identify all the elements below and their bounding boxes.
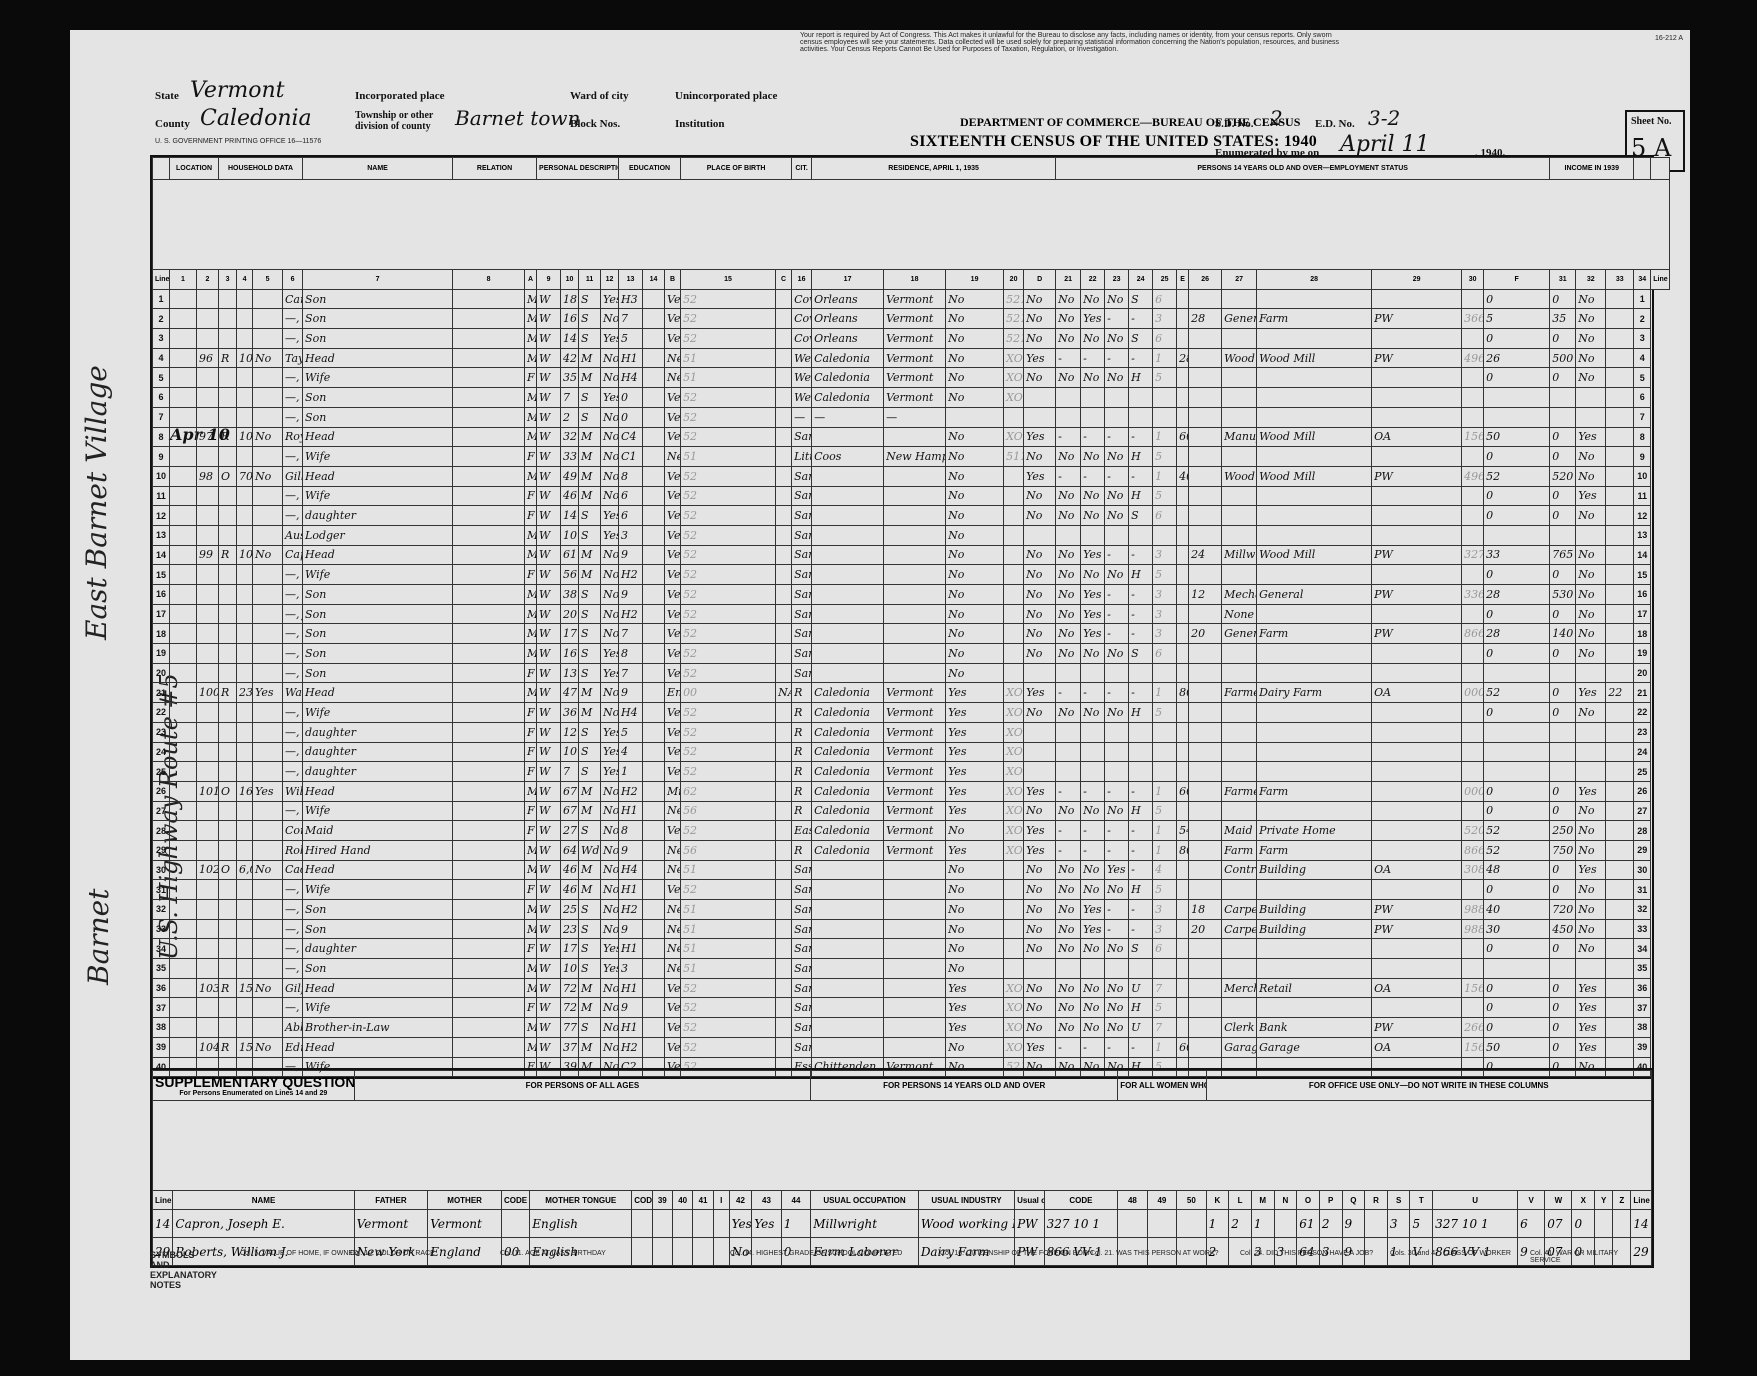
cell-c24: - — [1105, 919, 1129, 939]
cell-city: Sameplace — [792, 978, 812, 998]
cell-state: Vermont — [884, 329, 946, 349]
cell-birth: Vermont — [665, 407, 681, 427]
cell-e: 5 — [1153, 368, 1177, 388]
cell-c22: No — [1056, 309, 1081, 329]
cell-birth: Vermont — [665, 1037, 681, 1057]
supplementary-column-header: K — [1206, 1191, 1229, 1210]
cell-race: W — [537, 525, 561, 545]
cell-rel: Son — [303, 644, 453, 664]
cell-c22: - — [1056, 1037, 1081, 1057]
cell-city: Samehouse — [792, 919, 812, 939]
supplementary-column-header: 39 — [652, 1191, 672, 1210]
cell-city: Samehouse — [792, 959, 812, 979]
cell-codef — [1462, 742, 1484, 762]
cell-codef: 988 V9 1 — [1462, 900, 1484, 920]
cell-c26 — [1177, 368, 1189, 388]
cell-state: Vermont — [884, 703, 946, 723]
cell-c21 — [1024, 742, 1056, 762]
cell-street — [170, 781, 197, 801]
cell-own — [219, 604, 237, 624]
cell-line: 18 — [1634, 624, 1651, 644]
cell-val — [237, 289, 253, 309]
cell-c27 — [1189, 939, 1222, 959]
cell-occ — [1222, 506, 1257, 526]
cell-c21: No — [1024, 1018, 1056, 1038]
cell-county — [812, 880, 884, 900]
column-number: 32 — [1576, 270, 1606, 290]
cell-c23: - — [1081, 466, 1105, 486]
cell-c27: 28 — [1189, 309, 1222, 329]
cell-cit — [776, 466, 792, 486]
cell-val — [237, 939, 253, 959]
cell-farm — [253, 368, 283, 388]
cell-c23 — [1081, 742, 1105, 762]
township-label: Township or other division of county — [355, 110, 445, 132]
cell-line: 12 — [153, 506, 170, 526]
cell-sex: M — [525, 1037, 537, 1057]
cell-line: 27 — [153, 801, 170, 821]
cell-county: Caledonia — [812, 840, 884, 860]
cell-c25: - — [1129, 900, 1153, 920]
cell-age: 16 — [561, 309, 579, 329]
cell-c27: 20 — [1189, 624, 1222, 644]
cell-ind — [1257, 801, 1372, 821]
cell-farm35 — [946, 407, 1004, 427]
supplementary-column-row: Line No.NAMEFATHERMOTHERCODEMOTHER TONGU… — [153, 1191, 1652, 1210]
cell-e — [1153, 388, 1177, 408]
supp-cell-n — [1274, 1210, 1297, 1238]
cell-own — [219, 801, 237, 821]
table-row: 35—, FrederickSonMW10SYes3New Hampshire5… — [153, 959, 1670, 979]
cell-a — [453, 447, 525, 467]
cell-a — [453, 919, 525, 939]
cell-gr: 0 — [619, 407, 643, 427]
cell-c22: No — [1056, 978, 1081, 998]
cell-c: 52 — [681, 427, 776, 447]
cell-cls — [1372, 506, 1462, 526]
cell-codef: 327 10 1 — [1462, 545, 1484, 565]
cell-c34 — [1606, 506, 1634, 526]
cell-city: East Barnet — [792, 821, 812, 841]
cell-farm: No — [253, 348, 283, 368]
cell-occ: Clerk — [1222, 1018, 1257, 1038]
column-number: 10 — [561, 270, 579, 290]
cell-age: 72 — [561, 978, 579, 998]
cell-cls — [1372, 801, 1462, 821]
cell-cls: OA — [1372, 978, 1462, 998]
cell-line: 19 — [153, 644, 170, 664]
cell-c33: No — [1576, 840, 1606, 860]
cell-sch: No — [601, 407, 619, 427]
cell-sex: M — [525, 604, 537, 624]
cell-farm35: No — [946, 447, 1004, 467]
supplementary-column-header: 50 — [1177, 1191, 1206, 1210]
cell-sex: M — [525, 919, 537, 939]
cell-county: Caledonia — [812, 703, 884, 723]
cell-age: 10 — [561, 525, 579, 545]
cell-sex: F — [525, 565, 537, 585]
cell-hh: 96 — [197, 348, 219, 368]
supplementary-column-header: V — [1518, 1191, 1545, 1210]
cell-name: —, Frederick — [283, 959, 303, 979]
cell-c23 — [1081, 407, 1105, 427]
cell-race: W — [537, 565, 561, 585]
cell-c21: No — [1024, 978, 1056, 998]
cell-sch: No — [601, 486, 619, 506]
cell-own — [219, 998, 237, 1018]
supplementary-questions: SUPPLEMENTARY QUESTIONS For Persons Enum… — [150, 1068, 1654, 1268]
cell-c26 — [1177, 407, 1189, 427]
cell-city: West Barnet — [792, 348, 812, 368]
cell-sch: No — [601, 624, 619, 644]
note-col41: Col. 41. WAR OR MILITARY SERVICE — [1530, 1250, 1650, 1264]
all-ages-header: FOR PERSONS OF ALL AGES — [354, 1071, 811, 1101]
cell-race: W — [537, 486, 561, 506]
column-number: 4 — [237, 270, 253, 290]
cell-c24: No — [1105, 978, 1129, 998]
cell-cit — [776, 840, 792, 860]
cell-hh — [197, 506, 219, 526]
cell-city: Samehouse — [792, 545, 812, 565]
cell-c25: - — [1129, 821, 1153, 841]
cell-rel: Brother-in-Law — [303, 1018, 453, 1038]
cell-b — [643, 604, 665, 624]
cell-b — [643, 959, 665, 979]
cell-c: 52 — [681, 486, 776, 506]
cell-c25: U — [1129, 1018, 1153, 1038]
cell-county: Caledonia — [812, 683, 884, 703]
cell-state — [884, 486, 946, 506]
cell-hh — [197, 624, 219, 644]
cell-gr: 3 — [619, 959, 643, 979]
cell-d: 5211 — [1004, 289, 1024, 309]
cell-occ: Farmer — [1222, 781, 1257, 801]
cell-d: XOV2 — [1004, 840, 1024, 860]
cell-name: —, Ethelyn M. — [283, 880, 303, 900]
cell-sex: M — [525, 644, 537, 664]
cell-birth: Vermont — [665, 880, 681, 900]
cell-line: 7 — [153, 407, 170, 427]
cell-age: 27 — [561, 821, 579, 841]
cell-e: 3 — [1153, 545, 1177, 565]
supplementary-column-header: MOTHER TONGUE — [530, 1191, 632, 1210]
cell-a — [453, 289, 525, 309]
cell-birth: Vermont — [665, 486, 681, 506]
table-row: 22—, Mary W.WifeFW36MNoH4Vermont52RCaled… — [153, 703, 1670, 723]
cell-county — [812, 624, 884, 644]
cell-codef: 156 84 1 — [1462, 1037, 1484, 1057]
cell-c21: No — [1024, 939, 1056, 959]
cell-county — [812, 565, 884, 585]
cell-age: 72 — [561, 998, 579, 1018]
supplementary-column-header: M — [1251, 1191, 1274, 1210]
cell-name: Cady, Fred M. — [283, 860, 303, 880]
cell-d — [1004, 604, 1024, 624]
cell-codef — [1462, 506, 1484, 526]
cell-cit — [776, 329, 792, 349]
table-row: 7—, Austin M.SonMW2SNo0Vermont52———7 — [153, 407, 1670, 427]
supplementary-column-header: 42 — [729, 1191, 752, 1210]
county-value: Caledonia — [200, 106, 312, 131]
cell-sex: M — [525, 860, 537, 880]
cell-cls — [1372, 368, 1462, 388]
cell-ind: Wood Mill — [1257, 466, 1372, 486]
cell-line: 11 — [153, 486, 170, 506]
line-no-header — [153, 158, 170, 180]
cell-sch: No — [601, 466, 619, 486]
cell-c31 — [1484, 722, 1550, 742]
cell-rel: Wife — [303, 880, 453, 900]
cell-line: 20 — [153, 663, 170, 683]
cell-mar: M — [579, 466, 601, 486]
cell-sex: F — [525, 703, 537, 723]
cell-gr: 7 — [619, 663, 643, 683]
cell-own — [219, 624, 237, 644]
cell-rel: daughter — [303, 762, 453, 782]
cell-cls — [1372, 939, 1462, 959]
table-row: 13Austin, Gordon W.LodgerMW10SYes3Vermon… — [153, 525, 1670, 545]
cell-rel: Son — [303, 329, 453, 349]
table-row: 1098O700NoGilbert, Guy H.HeadMW49MNo8Ver… — [153, 466, 1670, 486]
cell-age: 35 — [561, 368, 579, 388]
cell-c33: No — [1576, 644, 1606, 664]
cell-ind — [1257, 722, 1372, 742]
cell-c26 — [1177, 1018, 1189, 1038]
cell-county — [812, 545, 884, 565]
cell-county: Orleans — [812, 289, 884, 309]
cell-race: W — [537, 388, 561, 408]
supplementary-column-header: 43 — [752, 1191, 781, 1210]
cell-county: Caledonia — [812, 821, 884, 841]
cell-c27 — [1189, 821, 1222, 841]
cell-c23: - — [1081, 781, 1105, 801]
cell-c21: No — [1024, 860, 1056, 880]
cell-c23 — [1081, 663, 1105, 683]
cell-c22: No — [1056, 447, 1081, 467]
cell-cls: PW — [1372, 545, 1462, 565]
cell-c25: - — [1129, 309, 1153, 329]
cell-c24: No — [1105, 447, 1129, 467]
cell-c33: No — [1576, 585, 1606, 605]
cell-c23: Yes — [1081, 585, 1105, 605]
cell-street — [170, 801, 197, 821]
cell-c33: Yes — [1576, 486, 1606, 506]
cell-c23 — [1081, 722, 1105, 742]
cell-gr: 6 — [619, 486, 643, 506]
cell-a — [453, 466, 525, 486]
cell-c27 — [1189, 407, 1222, 427]
cell-val — [237, 821, 253, 841]
cell-name: —, Leo H. — [283, 309, 303, 329]
cell-c27 — [1189, 447, 1222, 467]
cell-c27 — [1189, 998, 1222, 1018]
cell-farm — [253, 1018, 283, 1038]
cell-sch: No — [601, 919, 619, 939]
cell-line: 3 — [1634, 329, 1651, 349]
cell-c21 — [1024, 663, 1056, 683]
cell-farm — [253, 585, 283, 605]
cell-name: —, Reginald E. — [283, 329, 303, 349]
cell-c26 — [1177, 939, 1189, 959]
cell-street — [170, 821, 197, 841]
cell-c33: No — [1576, 545, 1606, 565]
column-number-row: Line No.12345678A91011121314B15C16171819… — [153, 270, 1670, 290]
cell-c: 52 — [681, 525, 776, 545]
cell-county — [812, 860, 884, 880]
cell-c27 — [1189, 703, 1222, 723]
cell-name: —, Mildred I. — [283, 506, 303, 526]
column-number: Line No. — [153, 270, 170, 290]
cell-line: 24 — [153, 742, 170, 762]
cell-codef: 336 99 1 — [1462, 585, 1484, 605]
cell-ind: Building — [1257, 860, 1372, 880]
supplementary-column-header: W — [1545, 1191, 1572, 1210]
cell-race: W — [537, 427, 561, 447]
cell-cls — [1372, 644, 1462, 664]
cell-state: Vermont — [884, 742, 946, 762]
supp-cell-v: 6 — [1518, 1210, 1545, 1238]
cell-c34 — [1606, 703, 1634, 723]
cell-farm — [253, 801, 283, 821]
cell-sch: No — [601, 683, 619, 703]
cell-mar: S — [579, 959, 601, 979]
cell-cit — [776, 722, 792, 742]
cell-race: W — [537, 309, 561, 329]
cell-a — [453, 939, 525, 959]
cell-line: 17 — [1634, 604, 1651, 624]
legal-notice: Your report is required by Act of Congre… — [800, 32, 1340, 53]
cell-b — [643, 742, 665, 762]
cell-own — [219, 703, 237, 723]
cell-name: —, Viola L. — [283, 368, 303, 388]
cell-hh — [197, 703, 219, 723]
cell-cls: PW — [1372, 348, 1462, 368]
cell-rel: Head — [303, 427, 453, 447]
cell-c33: Yes — [1576, 860, 1606, 880]
cell-val — [237, 604, 253, 624]
cell-c32: 0 — [1550, 447, 1576, 467]
cell-sex: M — [525, 525, 537, 545]
cell-ind: Building — [1257, 919, 1372, 939]
cell-codef — [1462, 703, 1484, 723]
supplementary-column-header: U — [1433, 1191, 1518, 1210]
cell-c25: S — [1129, 329, 1153, 349]
column-number: 3 — [219, 270, 237, 290]
cell-a — [453, 860, 525, 880]
cell-c: 52 — [681, 998, 776, 1018]
cell-c23: No — [1081, 1018, 1105, 1038]
cell-line: 33 — [153, 919, 170, 939]
cell-birth: Vermont — [665, 565, 681, 585]
cell-rel: Son — [303, 900, 453, 920]
cell-c32: 0 — [1550, 683, 1576, 703]
supplementary-column-header: X — [1572, 1191, 1595, 1210]
cell-c34 — [1606, 289, 1634, 309]
table-row: 34—, Caroline M.daughterFW17SYesH1New Ha… — [153, 939, 1670, 959]
cell-line: 21 — [153, 683, 170, 703]
supplementary-column-header: Q — [1342, 1191, 1365, 1210]
supp-cell-mother: Vermont — [428, 1210, 502, 1238]
cell-b — [643, 998, 665, 1018]
cell-race: W — [537, 860, 561, 880]
cell-b — [643, 585, 665, 605]
table-row: 3—, Reginald E.SonMW14SYes5Vermont52Cove… — [153, 329, 1670, 349]
cell-cit — [776, 919, 792, 939]
cell-c: 52 — [681, 309, 776, 329]
cell-street — [170, 525, 197, 545]
cell-val: 23 — [237, 683, 253, 703]
cell-a — [453, 1018, 525, 1038]
cell-county: Caledonia — [812, 781, 884, 801]
cell-cit — [776, 388, 792, 408]
cell-cls: PW — [1372, 900, 1462, 920]
cell-c24 — [1105, 525, 1129, 545]
cell-c26 — [1177, 978, 1189, 998]
cell-farm — [253, 407, 283, 427]
cell-cit — [776, 506, 792, 526]
cell-a — [453, 959, 525, 979]
cell-c32: 765 — [1550, 545, 1576, 565]
supp-cell-p: 2 — [1319, 1210, 1342, 1238]
cell-c24 — [1105, 722, 1129, 742]
cell-street — [170, 644, 197, 664]
cell-e: 1 — [1153, 427, 1177, 447]
column-number: 1 — [170, 270, 197, 290]
incorporated-place-label: Incorporated place — [355, 90, 445, 102]
cell-c21 — [1024, 407, 1056, 427]
cell-line: 2 — [1634, 309, 1651, 329]
cell-street — [170, 466, 197, 486]
cell-farm — [253, 525, 283, 545]
cell-state — [884, 998, 946, 1018]
column-number: 30 — [1462, 270, 1484, 290]
table-row: 36103R15NoGilfillan, Claud H.HeadMW72MNo… — [153, 978, 1670, 998]
cell-gr: C4 — [619, 427, 643, 447]
cell-race: W — [537, 289, 561, 309]
cell-c24: - — [1105, 466, 1129, 486]
cell-c33: No — [1576, 703, 1606, 723]
cell-county — [812, 644, 884, 664]
cell-sex: M — [525, 840, 537, 860]
cell-hh — [197, 840, 219, 860]
cell-codef — [1462, 565, 1484, 585]
table-row: 24—, Alma L.daughterFW10SYes4Vermont52RC… — [153, 742, 1670, 762]
cell-b — [643, 663, 665, 683]
cell-c22: No — [1056, 880, 1081, 900]
cell-street — [170, 1018, 197, 1038]
column-group-header: LOCATION HOUSEHOLD DATA NAME RELATION PE… — [153, 158, 1670, 180]
cell-age: 77 — [561, 1018, 579, 1038]
cell-race: W — [537, 959, 561, 979]
cell-farm35: No — [946, 939, 1004, 959]
cell-farm — [253, 289, 283, 309]
cell-c21: No — [1024, 585, 1056, 605]
cell-c34 — [1606, 624, 1634, 644]
cell-sch: No — [601, 880, 619, 900]
cell-c21: No — [1024, 624, 1056, 644]
income-1939-header: INCOME IN 1939 — [1550, 158, 1634, 180]
cell-age: 23 — [561, 919, 579, 939]
cell-farm: Yes — [253, 683, 283, 703]
cell-rel: Head — [303, 466, 453, 486]
supp-cell-name: Capron, Joseph E. — [173, 1210, 354, 1238]
cell-c23: No — [1081, 644, 1105, 664]
cell-city: Coventry — [792, 309, 812, 329]
cell-gr: 3 — [619, 525, 643, 545]
cell-line: 11 — [1634, 486, 1651, 506]
table-row: 38Abbott, JerryBrother-in-LawMW77SNoH1Ve… — [153, 1018, 1670, 1038]
cell-val — [237, 959, 253, 979]
